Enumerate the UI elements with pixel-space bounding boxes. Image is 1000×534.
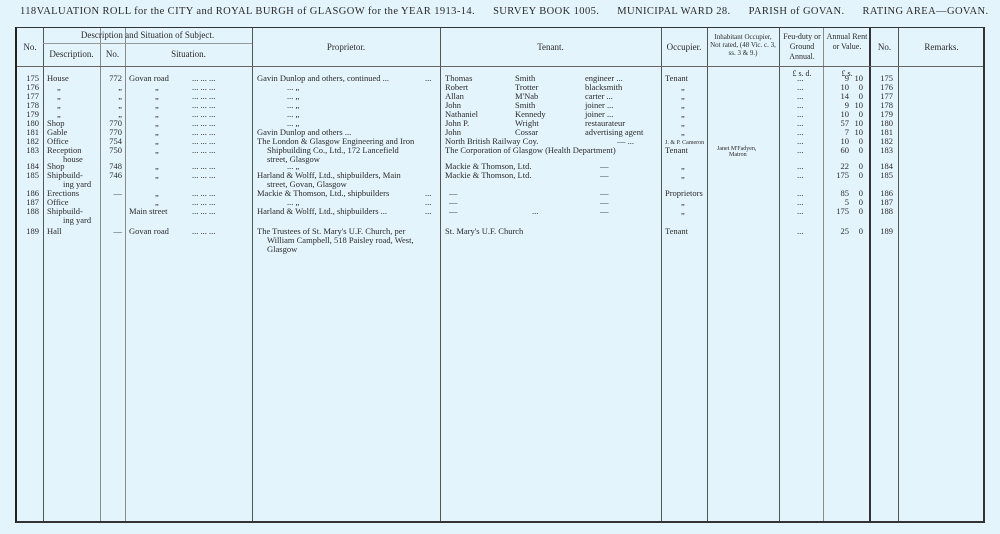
table-cell: 0 <box>849 207 863 216</box>
col-header-annual-rent: Annual Rent or Value. <box>825 32 869 52</box>
col-header-no: No. <box>17 42 43 52</box>
table-cell: ... <box>797 207 803 216</box>
table-cell: Mackie & Thomson, Ltd. <box>445 171 532 180</box>
page-number: 118 <box>20 6 37 17</box>
table-cell: „ <box>681 207 685 216</box>
table-cell: Harland & Wolff, Ltd., shipbuilders ... <box>257 207 387 216</box>
table-cell: Main street <box>129 207 167 216</box>
table-cell: 189 <box>17 227 39 236</box>
table-cell: The Corporation of Glasgow (Health Depar… <box>445 146 616 155</box>
table-cell: Govan road <box>129 74 169 83</box>
municipal-ward: MUNICIPAL WARD 28. <box>617 6 730 17</box>
rule-line <box>898 28 899 521</box>
table-cell: 185 <box>871 171 893 180</box>
parish: PARISH of GOVAN. <box>749 6 845 17</box>
rule-line <box>707 28 708 521</box>
rule-line <box>823 28 824 521</box>
roll-title: VALUATION ROLL for the CITY and ROYAL BU… <box>37 6 476 17</box>
rule-line <box>43 28 44 521</box>
table-cell: ... <box>797 227 803 236</box>
rule-line <box>440 28 441 521</box>
table-cell: ... ... ... <box>192 146 215 155</box>
table-cell: Gavin Dunlop and others, continued ... <box>257 74 389 83</box>
table-cell: 183 <box>17 146 39 155</box>
rule-line <box>661 28 662 521</box>
table-cell: 746 <box>100 171 122 180</box>
table-cell: 188 <box>17 207 39 216</box>
survey-book: SURVEY BOOK 1005. <box>493 6 599 17</box>
col-header-desc-group: Description and Situation of Subject. <box>43 30 252 40</box>
table-cell: Matron <box>729 151 747 160</box>
rule-line <box>125 28 126 521</box>
table-cell: „ <box>155 146 159 155</box>
valuation-table: No. Description and Situation of Subject… <box>15 27 985 523</box>
table-cell: 185 <box>17 171 39 180</box>
table-cell: — ... <box>617 137 634 146</box>
table-cell: „ <box>681 128 685 137</box>
col-header-situation: Situation. <box>125 49 252 59</box>
col-header-no-right: No. <box>871 42 898 52</box>
table-cell: 189 <box>871 227 893 236</box>
table-cell: house <box>63 155 83 164</box>
table-cell: ... <box>797 171 803 180</box>
table-cell: 25 <box>825 227 849 236</box>
table-cell: 0 <box>849 171 863 180</box>
table-cell: 175 <box>825 207 849 216</box>
table-cell: 175 <box>825 171 849 180</box>
rule-line <box>779 28 780 521</box>
col-header-description: Description. <box>43 49 100 59</box>
table-cell: ing yard <box>63 216 91 225</box>
col-header-tenant: Tenant. <box>440 42 661 52</box>
table-cell: 183 <box>871 146 893 155</box>
table-cell: „ <box>155 171 159 180</box>
table-cell: Glasgow <box>267 245 297 254</box>
table-cell: „ <box>681 171 685 180</box>
page-header: 118 VALUATION ROLL for the CITY and ROYA… <box>20 6 980 17</box>
col-header-remarks: Remarks. <box>898 42 985 52</box>
col-header-inhabitant: Inhabitant Occupier, Not rated, (48 Vic.… <box>709 33 777 57</box>
table-cell: advertising agent <box>585 128 643 137</box>
table-cell: ... <box>532 207 538 216</box>
col-header-proprietor: Proprietor. <box>252 42 440 52</box>
table-cell: ... <box>425 74 431 83</box>
col-header-occupier: Occupier. <box>661 42 707 52</box>
col-header-house-no: No. <box>100 49 125 59</box>
table-cell: 60 <box>825 146 849 155</box>
table-cell: 188 <box>871 207 893 216</box>
table-cell: Govan road <box>129 227 169 236</box>
table-cell: 0 <box>849 227 863 236</box>
table-cell: St. Mary's U.F. Church <box>445 227 523 236</box>
rule-line <box>17 66 983 67</box>
table-cell: Tenant <box>665 227 688 236</box>
table-cell: — <box>600 207 609 216</box>
table-cell: Mackie & Thomson, Ltd., shipbuilders <box>257 189 389 198</box>
table-cell: ... ... ... <box>192 207 215 216</box>
table-cell: ... <box>425 207 431 216</box>
table-cell: 750 <box>100 146 122 155</box>
table-cell: — <box>449 207 458 216</box>
table-cell: 0 <box>849 146 863 155</box>
table-cell: — <box>600 171 609 180</box>
table-cell: Tenant <box>665 146 688 155</box>
table-cell: ... ... ... <box>192 227 215 236</box>
table-cell: ... ... ... <box>192 171 215 180</box>
table-cell: ... <box>797 146 803 155</box>
col-header-feu-duty: Feu-duty or Ground Annual. <box>781 32 823 62</box>
table-cell: — <box>100 227 122 236</box>
rule-line <box>43 43 252 44</box>
table-cell: Hall <box>47 227 62 236</box>
table-cell: — <box>100 189 122 198</box>
rating-area: RATING AREA—GOVAN. <box>863 6 989 17</box>
rule-line <box>252 28 253 521</box>
